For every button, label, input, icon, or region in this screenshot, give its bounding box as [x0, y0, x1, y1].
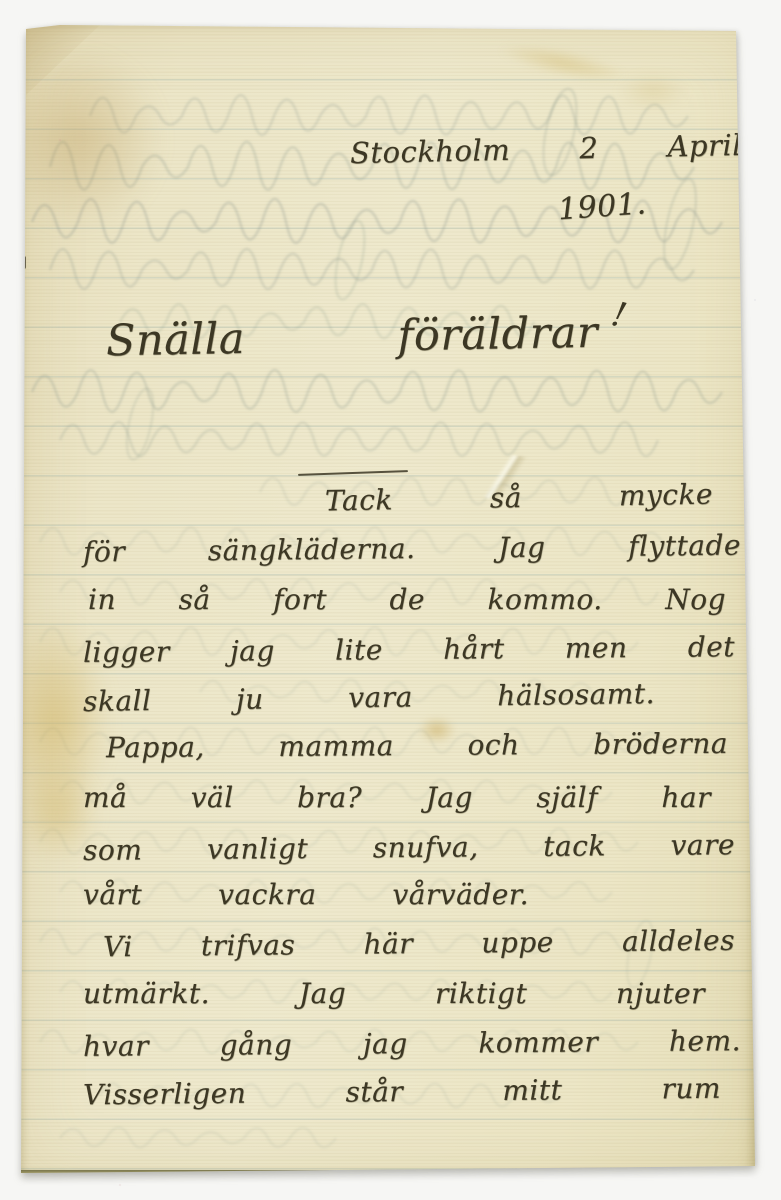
letter-line: för sängkläderna. Jag flyttade — [83, 531, 741, 569]
letter-line: Pappa, mamma och bröderna — [106, 729, 728, 764]
edge-nick — [22, 256, 26, 269]
letter-line: Vi trifvas här uppe alldeles — [103, 926, 735, 963]
corner-fold — [26, 25, 100, 95]
letter-line: ligger jag lite hårt men det — [83, 632, 735, 668]
letter-line: skall ju vara hälsosamt. — [83, 679, 655, 718]
salutation-exclamation: ! — [607, 294, 636, 338]
salutation: Snälla föräldrar — [106, 310, 599, 366]
letter-line: Tack så mycke — [325, 480, 713, 518]
sheet-bottom-edge — [21, 1170, 755, 1180]
stain-top-streak — [497, 37, 630, 89]
letter-sheet: Stockholm 2 April 1901. Snälla föräldrar… — [20, 24, 756, 1180]
stain-top-right — [618, 74, 688, 108]
stain-top-left — [0, 50, 164, 230]
year-line: 1901. — [557, 187, 655, 227]
letter-line: hvar gång jag kommer hem. — [83, 1026, 741, 1063]
letter-line: Visserligen står mitt rum — [83, 1074, 721, 1111]
dateline: Stockholm 2 April — [350, 130, 743, 170]
letter-line: vårt vackra vårväder. — [83, 880, 529, 911]
letter-line: utmärkt. Jag riktigt njuter — [83, 979, 705, 1010]
letter-line: må väl bra? Jag själf har — [83, 783, 711, 814]
letter-paper: Stockholm 2 April 1901. Snälla föräldrar… — [20, 24, 756, 1180]
letter-line: som vanligt snufva, tack vare — [83, 830, 735, 866]
photo-backdrop: Stockholm 2 April 1901. Snälla föräldrar… — [0, 0, 781, 1200]
t-crossbar-flourish — [298, 470, 408, 476]
letter-line: in så fort de kommo. Nog — [88, 585, 726, 616]
